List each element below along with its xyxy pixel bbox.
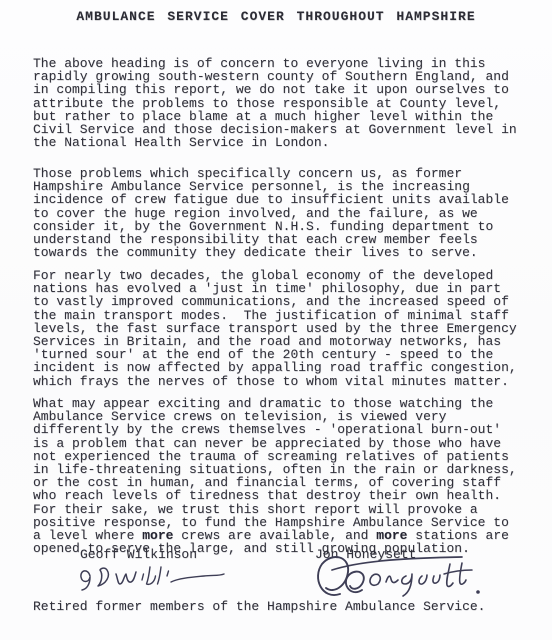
handwritten-signature-geoff-wilkinson-icon <box>76 560 228 596</box>
paragraph-2: Those problems which specifically concer… <box>33 167 538 259</box>
paragraph-4-text: What may appear exciting and dramatic to… <box>33 396 517 543</box>
paragraph-4: What may appear exciting and dramatic to… <box>33 397 538 555</box>
scanned-letter-page: AMBULANCE SERVICE COVER THROUGHOUT HAMPS… <box>0 0 552 640</box>
handwritten-signature-jon-honeysett-icon <box>306 548 502 606</box>
closing-line: Retired former members of the Hampshire … <box>33 599 485 614</box>
paragraph-1: The above heading is of concern to every… <box>33 57 538 149</box>
document-title: AMBULANCE SERVICE COVER THROUGHOUT HAMPS… <box>0 9 552 24</box>
paragraph-3: For nearly two decades, the global econo… <box>33 269 538 388</box>
